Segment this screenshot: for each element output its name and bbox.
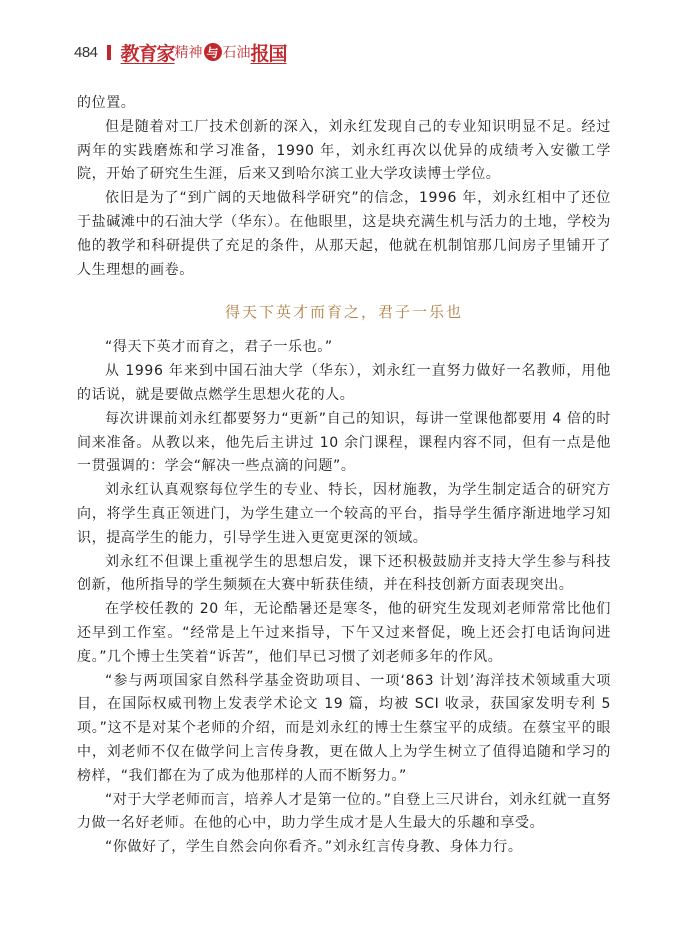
page-number: 484: [74, 44, 98, 61]
page-header: 484 教育家 精神 与 石油 报国: [74, 40, 287, 64]
book-title: 教育家 精神 与 石油 报国: [121, 39, 287, 66]
book-title-circle-badge: 与: [204, 43, 222, 61]
paragraph: “你做好了，学生自然会向你看齐。”刘永红言传身教、身体力行。: [77, 836, 611, 860]
paragraph: “对于大学老师而言，培养人才是第一位的。”自登上三尺讲台，刘永红就一直努力做一名…: [77, 789, 611, 837]
paragraph: 每次讲课前刘永红都要努力“更新”自己的知识，每讲一堂课他都要用 4 倍的时间来准…: [77, 408, 611, 479]
book-title-part2: 精神: [175, 42, 203, 62]
book-title-part3: 石油: [223, 42, 251, 62]
book-title-part1: 教育家: [121, 39, 175, 66]
paragraph: 但是随着对工厂技术创新的深入，刘永红发现自己的专业知识明显不足。经过两年的实践磨…: [77, 116, 611, 187]
paragraph: 在学校任教的 20 年，无论酷暑还是寒冬，他的研究生发现刘老师常常比他们还早到工…: [77, 598, 611, 669]
section-heading: 得天下英才而育之，君子一乐也: [77, 300, 611, 324]
paragraph: 从 1996 年来到中国石油大学（华东），刘永红一直努力做好一名教师，用他的话说…: [77, 360, 611, 408]
paragraph: 刘永红不但课上重视学生的思想启发，课下还积极鼓励并支持大学生参与科技创新，他所指…: [77, 551, 611, 599]
paragraph: 刘永红认真观察每位学生的专业、特长，因材施教，为学生制定适合的研究方向，将学生真…: [77, 479, 611, 550]
paragraph: “参与两项国家自然科学基金资助项目、一项‘863 计划’海洋技术领域重大项目，在…: [77, 670, 611, 789]
paragraph: 的位置。: [77, 92, 611, 116]
paragraph: 依旧是为了“到广阔的天地做科学研究”的信念，1996 年，刘永红相中了还位于盐碱…: [77, 187, 611, 282]
paragraph: “得天下英才而育之，君子一乐也。”: [77, 336, 611, 360]
header-divider: [107, 45, 111, 60]
book-title-part4: 报国: [251, 39, 287, 66]
page-body: 的位置。 但是随着对工厂技术创新的深入，刘永红发现自己的专业知识明显不足。经过两…: [77, 92, 611, 860]
